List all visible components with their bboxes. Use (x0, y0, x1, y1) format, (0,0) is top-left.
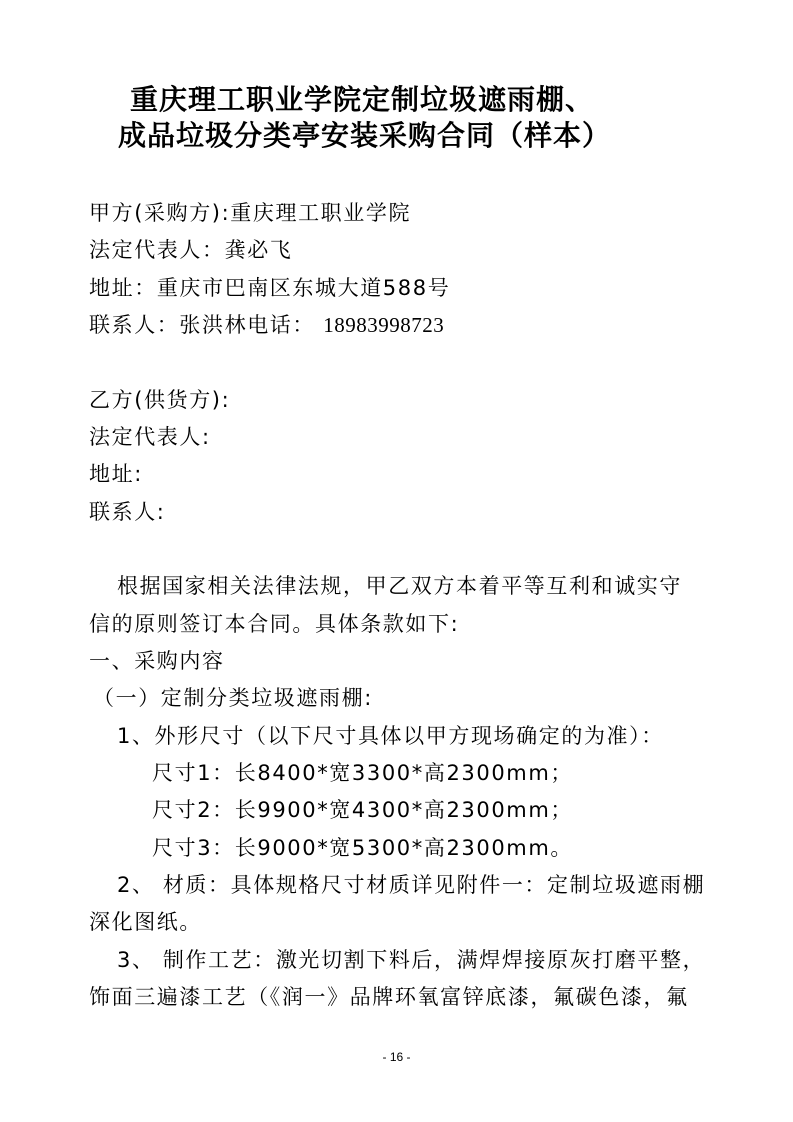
preamble-line-1: 根据国家相关法律法规，甲乙双方本着平等互利和诚实守 (117, 571, 682, 601)
party-a-contact-label: 联系人： (89, 313, 179, 337)
subsection-1-heading: （一）定制分类垃圾遮雨棚: (93, 683, 373, 713)
party-a-rep: 龚必飞 (225, 238, 293, 262)
document-title-line-1: 重庆理工职业学院定制垃圾遮雨棚、 (130, 82, 594, 118)
party-b-rep-label: 法定代表人: (89, 422, 211, 452)
size-3-label: 尺寸3： (152, 836, 235, 860)
document-page: 重庆理工职业学院定制垃圾遮雨棚、 成品垃圾分类亭安装采购合同（样本） 甲方(采购… (0, 0, 793, 1122)
party-b-contact-label: 联系人: (89, 497, 165, 527)
preamble-line-2: 信的原则签订本合同。具体条款如下: (89, 609, 459, 639)
item-1-dimensions: 1、外形尺寸（以下尺寸具体以甲方现场确定的为准）： (117, 721, 664, 751)
party-a-contact-line: 联系人：张洪林电话： 18983998723 (89, 310, 444, 340)
party-a-rep-label: 法定代表人： (89, 238, 225, 262)
party-a-label: 甲方(采购方): (89, 201, 230, 225)
size-3-value: 长9000*宽5300*高2300mm。 (235, 836, 573, 860)
size-1-line: 尺寸1：长8400*宽3300*高2300mm； (152, 758, 573, 788)
size-1-label: 尺寸1： (152, 761, 235, 785)
party-a-address-label: 地址： (89, 276, 157, 300)
party-a-contact: 张洪林电话： (179, 313, 315, 337)
size-1-value: 长8400*宽3300*高2300mm； (235, 761, 573, 785)
size-2-value: 长9900*宽4300*高2300mm； (235, 798, 573, 822)
party-a-rep-line: 法定代表人：龚必飞 (89, 235, 292, 265)
size-3-line: 尺寸3：长9000*宽5300*高2300mm。 (152, 833, 573, 863)
party-b-label: 乙方(供货方): (89, 385, 230, 415)
item-3-process-line-1: 3、 制作工艺：激光切割下料后，满焊焊接原灰打磨平整， (117, 945, 705, 975)
size-2-label: 尺寸2： (152, 798, 235, 822)
item-2-material-line-2: 深化图纸。 (89, 907, 202, 937)
party-a-phone: 18983998723 (323, 313, 444, 337)
party-a-address: 重庆市巴南区东城大道588号 (157, 276, 450, 300)
party-a-name: 重庆理工职业学院 (230, 201, 411, 225)
party-a-address-line: 地址：重庆市巴南区东城大道588号 (89, 273, 450, 303)
size-2-line: 尺寸2：长9900*宽4300*高2300mm； (152, 795, 573, 825)
section-1-heading: 一、采购内容 (89, 646, 225, 676)
item-3-process-line-2: 饰面三遍漆工艺（《润一》品牌环氧富锌底漆，氟碳色漆，氟 (89, 982, 689, 1012)
document-title-line-2: 成品垃圾分类亭安装采购合同（样本） (118, 118, 611, 154)
party-a-line: 甲方(采购方):重庆理工职业学院 (89, 198, 411, 228)
item-2-material-line-1: 2、 材质：具体规格尺寸材质详见附件一：定制垃圾遮雨棚 (117, 870, 705, 900)
page-number: - 16 - (0, 1050, 793, 1064)
party-b-address-label: 地址: (89, 459, 143, 489)
